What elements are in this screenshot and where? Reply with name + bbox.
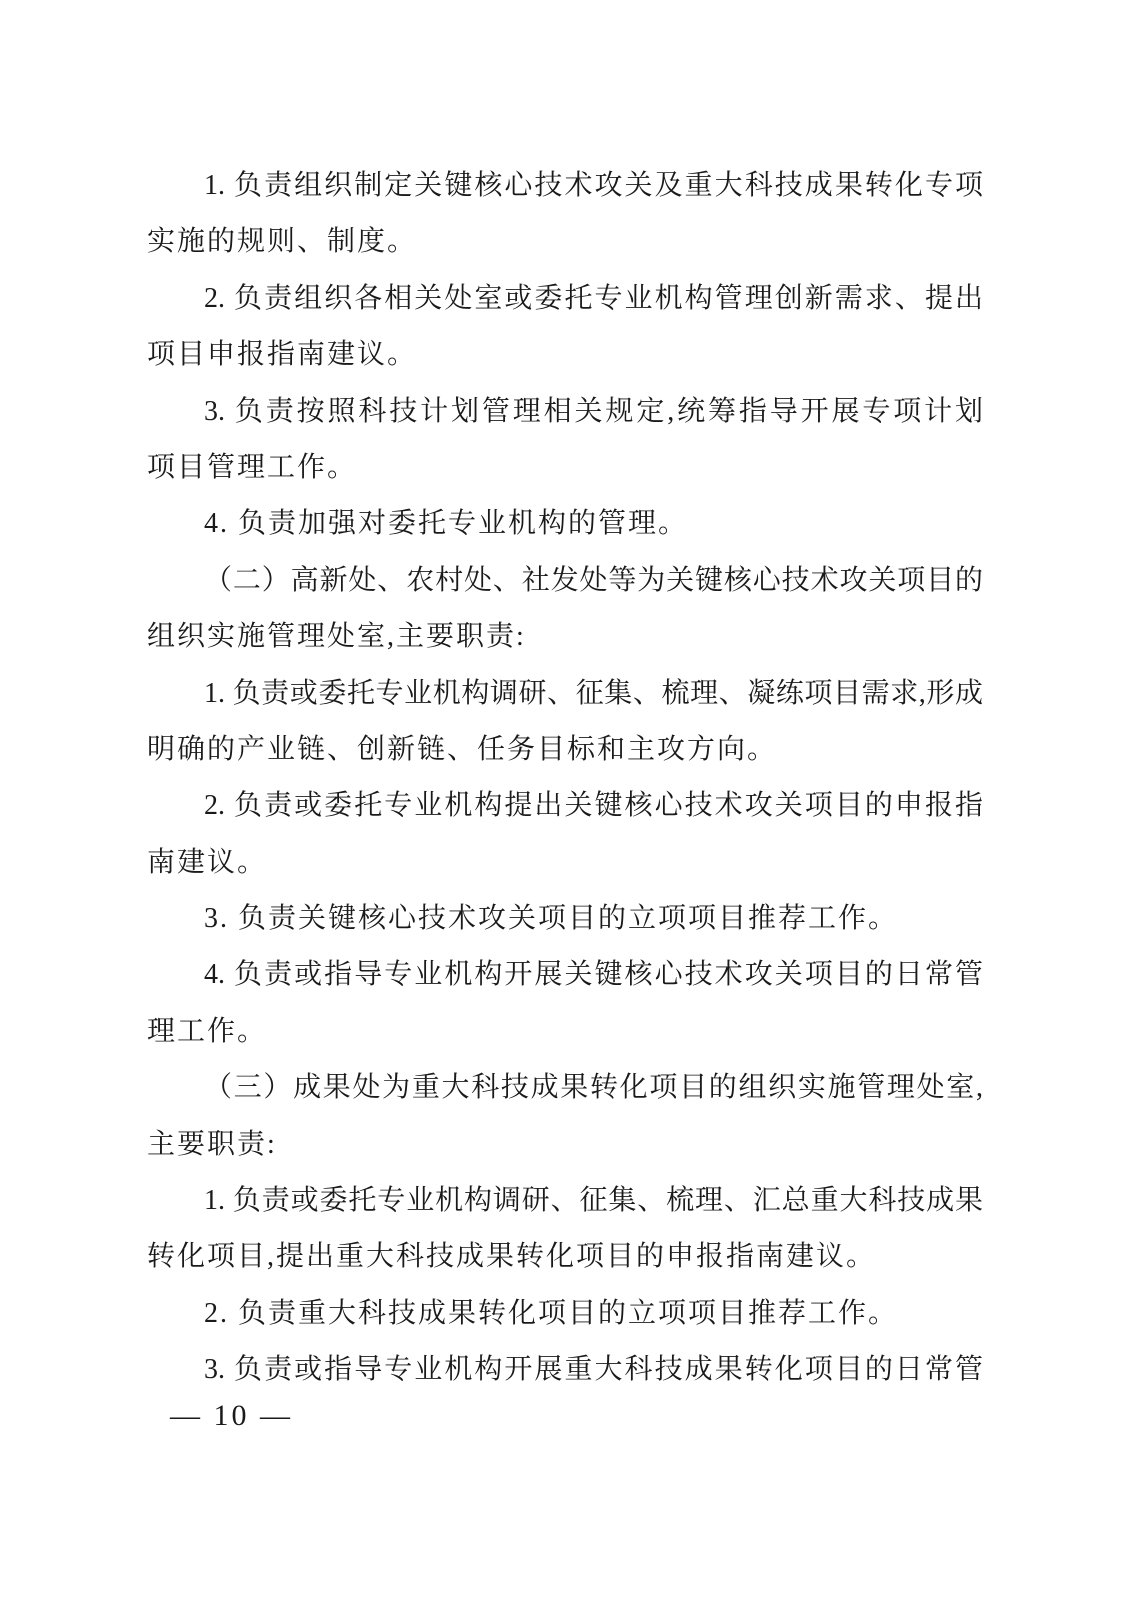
text-line: 主要职责:	[147, 1117, 983, 1173]
document-body: 1. 负责组织制定关键核心技术攻关及重大科技成果转化专项 实施的规则、制度。 2…	[147, 158, 983, 1399]
text-line: 组织实施管理处室,主要职责:	[147, 609, 983, 665]
text-line: （二）高新处、农村处、社发处等为关键核心技术攻关项目的	[147, 553, 983, 609]
text-line: 4. 负责或指导专业机构开展关键核心技术攻关项目的日常管	[147, 947, 983, 1003]
document-page: 1. 负责组织制定关键核心技术攻关及重大科技成果转化专项 实施的规则、制度。 2…	[0, 0, 1131, 1600]
text-line: 3. 负责或指导专业机构开展重大科技成果转化项目的日常管	[147, 1342, 983, 1398]
text-line: 4. 负责加强对委托专业机构的管理。	[147, 496, 983, 552]
text-line: 转化项目,提出重大科技成果转化项目的申报指南建议。	[147, 1229, 983, 1285]
text-line: （三）成果处为重大科技成果转化项目的组织实施管理处室,	[147, 1060, 983, 1116]
text-line: 1. 负责或委托专业机构调研、征集、梳理、汇总重大科技成果	[147, 1173, 983, 1229]
text-line: 1. 负责或委托专业机构调研、征集、梳理、凝练项目需求,形成	[147, 666, 983, 722]
text-line: 3. 负责关键核心技术攻关项目的立项项目推荐工作。	[147, 891, 983, 947]
text-line: 理工作。	[147, 1004, 983, 1060]
text-line: 3. 负责按照科技计划管理相关规定,统筹指导开展专项计划	[147, 384, 983, 440]
text-line: 2. 负责重大科技成果转化项目的立项项目推荐工作。	[147, 1286, 983, 1342]
text-line: 项目申报指南建议。	[147, 327, 983, 383]
text-line: 2. 负责组织各相关处室或委托专业机构管理创新需求、提出	[147, 271, 983, 327]
text-line: 南建议。	[147, 835, 983, 891]
page-number: — 10 —	[170, 1392, 293, 1440]
text-line: 项目管理工作。	[147, 440, 983, 496]
text-line: 1. 负责组织制定关键核心技术攻关及重大科技成果转化专项	[147, 158, 983, 214]
text-line: 实施的规则、制度。	[147, 214, 983, 270]
text-line: 明确的产业链、创新链、任务目标和主攻方向。	[147, 722, 983, 778]
text-line: 2. 负责或委托专业机构提出关键核心技术攻关项目的申报指	[147, 778, 983, 834]
